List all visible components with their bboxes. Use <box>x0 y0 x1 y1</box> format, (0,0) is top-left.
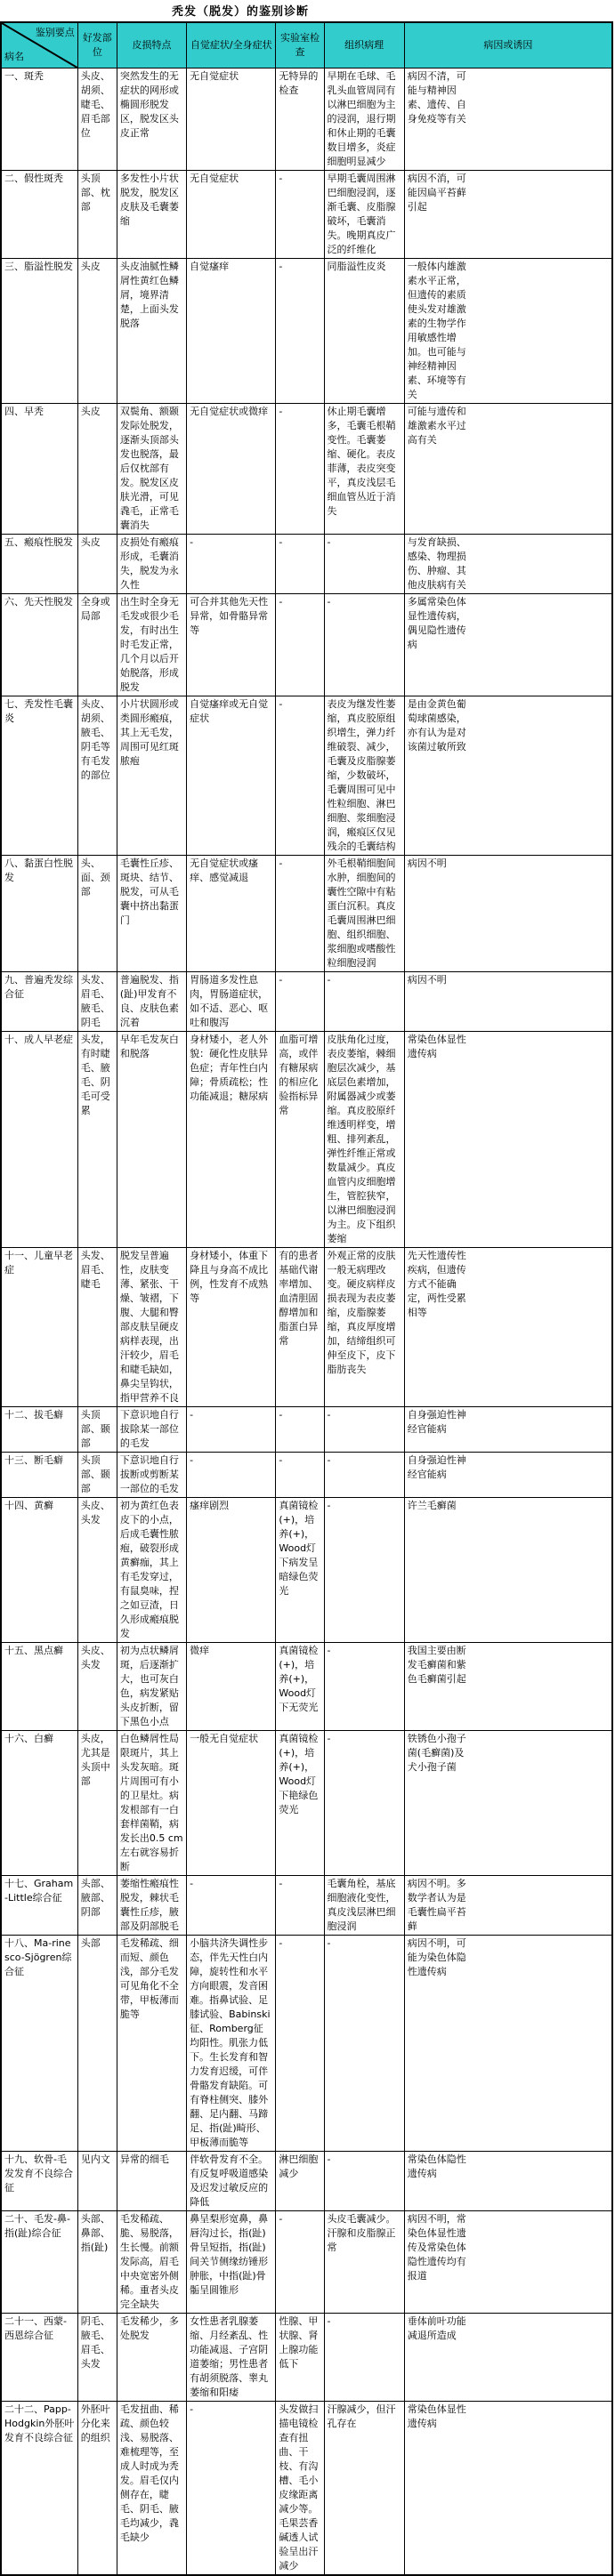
table-row: 十七、Graham-Little综合征头部、腋部、阴部萎缩性瘢痕性脱发，棘状毛囊… <box>1 1876 612 1936</box>
cell-etiology: 先天性遗传性疾病，但遗传方式不能确定，两性受累相等 <box>404 1248 612 1407</box>
cell-etiology: 病因不明 <box>404 856 612 972</box>
cell-site: 头皮 <box>77 259 117 404</box>
table-row: 十五、黑点癣头皮、头发初为点状鳞屑斑，后逐渐扩大，也可灰白色，病发紧贴头皮折断，… <box>1 1643 612 1731</box>
cell-site: 头皮 <box>77 404 117 535</box>
cell-pathology: 早期毛囊周围淋巴细胞浸润，逐渐毛囊、皮脂腺破坏，毛囊消失。晚期真皮广泛的纤维化 <box>324 171 404 259</box>
cell-site: 头皮、头发 <box>77 1498 117 1643</box>
cell-etiology: 常染色体隐性遗传病 <box>404 2152 612 2211</box>
table-row: 十九、软骨-毛发发育不良综合征见内文异常的细毛伴软骨发育不全。有反复呼吸道感染及… <box>1 2152 612 2211</box>
cell-lab: 淋巴细胞减少 <box>276 2152 324 2211</box>
cell-lesion: 下意识地自行拔断或剪断某一部位的毛发 <box>117 1453 186 1498</box>
cell-pathology: 早期在毛球、毛乳头血管周同有以淋巴细胞为主的浸润，退行期和休止期的毛囊数目增多，… <box>324 68 404 171</box>
cell-symptoms: 女性患者乳腺萎缩、月经紊乱、性功能减退、子宫阴道萎缩；男性患者有胡须脱落、睾丸萎… <box>187 2314 276 2402</box>
cell-symptoms: 自觉瘙痒或无自觉症状 <box>187 696 276 856</box>
cell-lab: - <box>276 535 324 594</box>
cell-symptoms: 身材矮小，体重下降且与身高不成比例，性发育不成熟等 <box>187 1248 276 1407</box>
cell-name: 十一、儿童早老症 <box>1 1248 77 1407</box>
cell-etiology: 病因不消，可能因扁平苔藓引起 <box>404 171 612 259</box>
cell-site: 头皮、胡须、睫毛、眉毛部位 <box>77 68 117 171</box>
table-row: 十六、白癣头皮，尤其是头顶中部白色鳞屑性局限斑片，其上头发灰暗。斑片周围可有小的… <box>1 1731 612 1876</box>
cell-name: 九、普遍秃发综合征 <box>1 972 77 1032</box>
cell-site: 头部、鼻部、指(趾) <box>77 2211 117 2314</box>
cell-pathology: - <box>324 1453 404 1498</box>
header-col-symptoms: 自觉症状/全身症状 <box>187 22 276 68</box>
header-corner-bottom-label: 病名 <box>4 50 24 64</box>
table-body: 一、斑秃头皮、胡须、睫毛、眉毛部位突然发生的无症状的网形或椭圆形脱发区，脱发区头… <box>1 68 612 2576</box>
cell-name: 一、斑秃 <box>1 68 77 171</box>
cell-lesion: 初为黄红色表皮下的小点，后成毛囊性脓疱，破裂形成黄癣痂，其上有毛发穿过，有鼠臭味… <box>117 1498 186 1643</box>
cell-name: 二十、毛发-鼻-指(趾)综合征 <box>1 2211 77 2314</box>
cell-lab: 血脂可增高，或伴有糖尿病的相应化验指标异常 <box>276 1032 324 1248</box>
table-row: 三、脂溢性脱发头皮头皮油腻性鳞屑性黄红色鳞屑，境界清楚，上面头发脱落自觉瘙痒-同… <box>1 259 612 404</box>
cell-lesion: 皮损处有瘢痕形成，毛囊消失，脱发为永久性 <box>117 535 186 594</box>
table-row: 十八、Ma-rinesco-Sjögren综合征头部毛发稀疏、细而短、颜色浅，部… <box>1 1936 612 2152</box>
cell-site: 头、面、颈部 <box>77 856 117 972</box>
cell-pathology: - <box>324 972 404 1032</box>
cell-name: 八、黏蛋白性脱发 <box>1 856 77 972</box>
cell-etiology: 病因不明，常染色体显性遗传及常染色体隐性遗传均有报道 <box>404 2211 612 2314</box>
cell-etiology: 病因不明，可能为染色体隐性遗传病 <box>404 1936 612 2152</box>
cell-symptoms: 身材矮小，老人外貌：硬化性皮肤异色症；青年性白内障；骨质疏松；性功能减退；糖尿病 <box>187 1032 276 1248</box>
cell-lesion: 异常的细毛 <box>117 2152 186 2211</box>
table-row: 十二、拔毛癖头顶部、颞部下意识地自行拔除某一部位的毛发---自身强迫性神经官能病 <box>1 1407 612 1453</box>
cell-pathology: - <box>324 1407 404 1453</box>
cell-pathology: 皮肤角化过度，表皮萎缩，棘细胞层次减少，基底层色素增加，附属器减少或萎缩。真皮胶… <box>324 1032 404 1248</box>
table-row: 十三、断毛癖头顶部、颞部下意识地自行拔断或剪断某一部位的毛发---自身强迫性神经… <box>1 1453 612 1498</box>
cell-name: 十二、拔毛癖 <box>1 1407 77 1453</box>
cell-name: 十六、白癣 <box>1 1731 77 1876</box>
cell-symptoms: 无自觉症状 <box>187 171 276 259</box>
cell-pathology: 表皮为继发性萎缩，真皮胶原组织增生，弹力纤维破裂、减少，毛囊及皮脂腺萎缩，少数破… <box>324 696 404 856</box>
cell-site: 头顶部、枕部 <box>77 171 117 259</box>
cell-symptoms: - <box>187 1876 276 1936</box>
cell-lesion: 普遍脱发、指(趾)甲发育不良、皮肤色素沉着 <box>117 972 186 1032</box>
cell-symptoms: - <box>187 1407 276 1453</box>
table-row: 六、先天性脱发全身或局部出生时全身无毛发或很少毛发，有时出生时毛发正常，几个月以… <box>1 594 612 696</box>
cell-etiology: 铁锈色小孢子菌(毛癣菌)及犬小孢子菌 <box>404 1731 612 1876</box>
cell-pathology: 同脂溢性皮炎 <box>324 259 404 404</box>
cell-lab: - <box>276 259 324 404</box>
cell-lab: 头发做扫描电镜检查有扭曲、干枝、有沟槽、毛小皮缘距离减少等。毛果芸香碱透人试验呈… <box>276 2402 324 2576</box>
table-row: 九、普遍秃发综合征头发、眉毛、腋毛、阴毛普遍脱发、指(趾)甲发育不良、皮肤色素沉… <box>1 972 612 1032</box>
cell-pathology: 毛囊角栓，基底细胞液化变性，真皮浅层淋巴细胞浸润 <box>324 1876 404 1936</box>
cell-name: 十三、断毛癖 <box>1 1453 77 1498</box>
cell-symptoms: 无自觉症状或瘙痒、感觉减退 <box>187 856 276 972</box>
header-corner-cell: 鉴别要点 病名 <box>1 22 77 68</box>
header-row: 鉴别要点 病名 好发部位 皮损特点 自觉症状/全身症状 实验室检查 组织病理 病… <box>1 22 612 68</box>
cell-symptoms: 胃肠道多发性息肉，胃肠道症状，如不适、恶心、呕吐和腹泻 <box>187 972 276 1032</box>
cell-symptoms: 小脑共济失调性步态，伴先天性白内障，旋转性和水平方向眼震，发音困难。指鼻试验、足… <box>187 1936 276 2152</box>
cell-pathology: - <box>324 2152 404 2211</box>
cell-lab: - <box>276 696 324 856</box>
cell-lesion: 早年毛发灰白和脱落 <box>117 1032 186 1248</box>
cell-name: 四、早秃 <box>1 404 77 535</box>
cell-etiology: 病因不明。多数学者认为是毛囊性扁平苔藓 <box>404 1876 612 1936</box>
cell-name: 十五、黑点癣 <box>1 1643 77 1731</box>
cell-pathology: 头皮毛囊减少。汗腺和皮脂腺正常 <box>324 2211 404 2314</box>
cell-lab: - <box>276 856 324 972</box>
cell-lab: - <box>276 2211 324 2314</box>
cell-lesion: 毛发扭曲、稀疏、颜色较浅、易脱落、难梳理等，至成人时成为秃发。眉毛仅内侧存在，睫… <box>117 2402 186 2576</box>
table-row: 二十二、Papp-Hodgkin外胚叶发育不良综合征外胚叶分化来的组织毛发扭曲、… <box>1 2402 612 2576</box>
table-row: 四、早秃头皮双鬓角、额颞发际处脱发，逐渐头顶部头发也脱落，最后仅枕部有发。脱发区… <box>1 404 612 535</box>
cell-name: 十九、软骨-毛发发育不良综合征 <box>1 2152 77 2211</box>
cell-pathology: - <box>324 594 404 696</box>
cell-lab: 有的患者基础代谢率增加、血清胆固醇增加和脂蛋白异常 <box>276 1248 324 1407</box>
cell-site: 头皮、头发 <box>77 1643 117 1731</box>
page-title: 秃发（脱发）的鉴别诊断 <box>172 5 309 19</box>
cell-etiology: 病因不明 <box>404 972 612 1032</box>
table-row: 二、假性斑秃头顶部、枕部多发性小片状脱发，脱发区皮肤及毛囊萎缩无自觉症状-早期毛… <box>1 171 612 259</box>
cell-symptoms: 鼻呈梨形宽鼻，鼻唇沟过长，指(趾)骨呈短指，指(趾)间关节侧缘纺锤形肿胀，中指(… <box>187 2211 276 2314</box>
table-row: 五、瘢痕性脱发头皮皮损处有瘢痕形成，毛囊消失，脱发为永久性---与发育缺损、感染… <box>1 535 612 594</box>
header-corner-top-label: 鉴别要点 <box>36 26 75 40</box>
table-row: 二十一、西蒙-西恩综合征阴毛、腋毛、眉毛、头发毛发稀少，多处脱发女性患者乳腺萎缩… <box>1 2314 612 2402</box>
cell-lesion: 出生时全身无毛发或很少毛发，有时出生时毛发正常，几个月以后开始脱落，形成脱发 <box>117 594 186 696</box>
cell-name: 六、先天性脱发 <box>1 594 77 696</box>
cell-lesion: 头皮油腻性鳞屑性黄红色鳞屑，境界清楚，上面头发脱落 <box>117 259 186 404</box>
cell-lesion: 多发性小片状脱发，脱发区皮肤及毛囊萎缩 <box>117 171 186 259</box>
cell-site: 头发、眉毛、睫毛 <box>77 1248 117 1407</box>
cell-site: 头顶部、颞部 <box>77 1453 117 1498</box>
cell-lab: - <box>276 171 324 259</box>
cell-name: 三、脂溢性脱发 <box>1 259 77 404</box>
cell-pathology: - <box>324 1731 404 1876</box>
cell-site: 见内文 <box>77 2152 117 2211</box>
cell-symptoms: 瘙痒剧烈 <box>187 1498 276 1643</box>
cell-pathology: 休止期毛囊增多，毛囊毛根鞘变性。毛囊萎缩、硬化。表皮菲薄，表皮突变平，真皮浅层毛… <box>324 404 404 535</box>
cell-etiology: 垂体前叶功能减退所造成 <box>404 2314 612 2402</box>
cell-lesion: 毛发稀疏、细而短、颜色浅，部分毛发可见角化不全带，甲板薄而脆等 <box>117 1936 186 2152</box>
cell-lab: - <box>276 1876 324 1936</box>
cell-site: 头发，有时睫毛、腋毛、阴毛可受累 <box>77 1032 117 1248</box>
header-col-site: 好发部位 <box>77 22 117 68</box>
cell-name: 二十二、Papp-Hodgkin外胚叶发育不良综合征 <box>1 2402 77 2576</box>
cell-etiology: 一般体内雄激素水平正常，但遗传的素质使头发对雄激素的生物学作用敏感性增加。也可能… <box>404 259 612 404</box>
cell-lesion: 初为点状鳞屑斑，后逐渐扩大，也可灰白色，病发紧贴头皮折断，留下黑色小点 <box>117 1643 186 1731</box>
cell-etiology: 自身强迫性神经官能病 <box>404 1407 612 1453</box>
cell-symptoms: 无自觉症状 <box>187 68 276 171</box>
cell-etiology: 常染色体显性遗传病 <box>404 1032 612 1248</box>
cell-site: 头部 <box>77 1936 117 2152</box>
cell-etiology: 许兰毛癣菌 <box>404 1498 612 1643</box>
table-row: 八、黏蛋白性脱发头、面、颈部毛囊性丘疹、斑块、结节、脱发，可从毛囊中挤出黏蛋门无… <box>1 856 612 972</box>
cell-etiology: 自身强迫性神经官能病 <box>404 1453 612 1498</box>
cell-lab: - <box>276 404 324 535</box>
cell-lesion: 突然发生的无症状的网形或椭圆形脱发区，脱发区头皮正常 <box>117 68 186 171</box>
cell-lesion: 小片状圆形或类圆形瘢痕，其上无毛发，周围可见红斑脓疱 <box>117 696 186 856</box>
cell-name: 十七、Graham-Little综合征 <box>1 1876 77 1936</box>
cell-site: 全身或局部 <box>77 594 117 696</box>
cell-site: 头皮，尤其是头顶中部 <box>77 1731 117 1876</box>
differential-diagnosis-table: 鉴别要点 病名 好发部位 皮损特点 自觉症状/全身症状 实验室检查 组织病理 病… <box>0 21 613 2576</box>
cell-symptoms: - <box>187 1453 276 1498</box>
cell-symptoms: - <box>187 2402 276 2576</box>
cell-site: 头皮、胡须、腋毛、阴毛等有毛发的部位 <box>77 696 117 856</box>
cell-lesion: 毛囊性丘疹、斑块、结节、脱发，可从毛囊中挤出黏蛋门 <box>117 856 186 972</box>
cell-site: 外胚叶分化来的组织 <box>77 2402 117 2576</box>
cell-lab: - <box>276 1453 324 1498</box>
table-row: 十一、儿童早老症头发、眉毛、睫毛脱发呈普遍性，皮肤变薄、紧张、干燥、皱褶，下腹、… <box>1 1248 612 1407</box>
cell-lab: - <box>276 594 324 696</box>
cell-pathology: - <box>324 2314 404 2402</box>
cell-site: 阴毛、腋毛、眉毛、头发 <box>77 2314 117 2402</box>
cell-lab: 性腺、甲状腺、肾上腺功能低下 <box>276 2314 324 2402</box>
cell-pathology: 汗腺减少，但汗孔存在 <box>324 2402 404 2576</box>
cell-lab: 无特异的检查 <box>276 68 324 171</box>
title-container: 秃发（脱发）的鉴别诊断 <box>0 0 481 21</box>
cell-symptoms: 自觉瘙痒 <box>187 259 276 404</box>
cell-lab: 真菌镜检(+)，培养(+)，Wood灯下艳绿色荧光 <box>276 1731 324 1876</box>
cell-lesion: 双鬓角、额颞发际处脱发，逐渐头顶部头发也脱落，最后仅枕部有发。脱发区皮肤光滑，可… <box>117 404 186 535</box>
cell-symptoms: 一般无自觉症状 <box>187 1731 276 1876</box>
cell-lesion: 白色鳞屑性局限斑片，其上头发灰暗。斑片周围可有小的卫星灶。病发根部有一白套样菌鞘… <box>117 1731 186 1876</box>
cell-lesion: 脱发呈普遍性，皮肤变薄、紧张、干燥、皱褶，下腹、大腿和臀部皮肤呈硬皮病样表现，出… <box>117 1248 186 1407</box>
cell-lab: - <box>276 1936 324 2152</box>
cell-etiology: 与发育缺损、感染、物理损伤、肿瘤、其他皮肤病有关 <box>404 535 612 594</box>
cell-site: 头发、眉毛、腋毛、阴毛 <box>77 972 117 1032</box>
cell-name: 十、成人早老症 <box>1 1032 77 1248</box>
cell-pathology: - <box>324 1498 404 1643</box>
table-row: 十、成人早老症头发，有时睫毛、腋毛、阴毛可受累早年毛发灰白和脱落身材矮小，老人外… <box>1 1032 612 1248</box>
cell-site: 头部、腋部、阴部 <box>77 1876 117 1936</box>
cell-pathology: 外毛根鞘细胞间水肿，细胞间的囊性空隙中有粘蛋白沉积。真皮毛囊周围淋巴细胞、组织细… <box>324 856 404 972</box>
cell-symptoms: 无自觉症状或微痒 <box>187 404 276 535</box>
cell-symptoms: 可合并其他先天性异常，如骨骼异常等 <box>187 594 276 696</box>
cell-etiology: 病因不清，可能与精神因素、遗传、自身免疫等有关 <box>404 68 612 171</box>
table-row: 二十、毛发-鼻-指(趾)综合征头部、鼻部、指(趾)毛发稀疏、脆、易脱落，生长慢。… <box>1 2211 612 2314</box>
cell-symptoms: 伴软骨发育不全。有反复呼吸道感染及迟发过敏反应的降低 <box>187 2152 276 2211</box>
cell-name: 五、瘢痕性脱发 <box>1 535 77 594</box>
cell-lesion: 下意识地自行拔除某一部位的毛发 <box>117 1407 186 1453</box>
cell-lab: 真菌镜检(+)，培养(+)，Wood灯下无荧光 <box>276 1643 324 1731</box>
cell-symptoms: 微痒 <box>187 1643 276 1731</box>
cell-name: 十四、黄癣 <box>1 1498 77 1643</box>
header-col-lab: 实验室检查 <box>276 22 324 68</box>
table-row: 七、秃发性毛囊炎头皮、胡须、腋毛、阴毛等有毛发的部位小片状圆形或类圆形瘢痕，其上… <box>1 696 612 856</box>
cell-lab: 真菌镜检(+)，培养(+)，Wood灯下病发呈暗绿色荧光 <box>276 1498 324 1643</box>
table-row: 一、斑秃头皮、胡须、睫毛、眉毛部位突然发生的无症状的网形或椭圆形脱发区，脱发区头… <box>1 68 612 171</box>
cell-site: 头顶部、颞部 <box>77 1407 117 1453</box>
header-col-pathology: 组织病理 <box>324 22 404 68</box>
cell-pathology: 外观正常的皮肤一般无病理改变。硬皮病样皮损表现为表皮萎缩，皮脂腺萎缩，真皮厚度增… <box>324 1248 404 1407</box>
cell-lesion: 毛发稀疏、脆、易脱落，生长慢。前额发际高，眉毛中央宽密外侧稀。重者头皮完全缺失 <box>117 2211 186 2314</box>
cell-pathology: - <box>324 1643 404 1731</box>
cell-lesion: 毛发稀少，多处脱发 <box>117 2314 186 2402</box>
cell-name: 十八、Ma-rinesco-Sjögren综合征 <box>1 1936 77 2152</box>
cell-lesion: 萎缩性瘢痕性脱发，棘状毛囊性丘疹，腋部及阴部脱毛 <box>117 1876 186 1936</box>
cell-lab: - <box>276 1407 324 1453</box>
header-col-lesion: 皮损特点 <box>117 22 186 68</box>
cell-symptoms: - <box>187 535 276 594</box>
cell-etiology: 我国主要由断发毛癣菌和紫色毛癣菌引起 <box>404 1643 612 1731</box>
cell-etiology: 多属常染色体显性遗传病，偶见隐性遗传病 <box>404 594 612 696</box>
cell-etiology: 可能与遗传和雄激素水平过高有关 <box>404 404 612 535</box>
cell-lab: - <box>276 972 324 1032</box>
cell-pathology: - <box>324 1936 404 2152</box>
page: 秃发（脱发）的鉴别诊断 鉴别要点 病名 好发部位 皮损特点 <box>0 0 615 2576</box>
cell-pathology: - <box>324 535 404 594</box>
cell-etiology: 常染色体显性遗传病 <box>404 2402 612 2576</box>
cell-name: 七、秃发性毛囊炎 <box>1 696 77 856</box>
cell-name: 二十一、西蒙-西恩综合征 <box>1 2314 77 2402</box>
cell-name: 二、假性斑秃 <box>1 171 77 259</box>
cell-etiology: 是由金黄色葡萄球菌感染，亦有认为是对该菌过敏所致 <box>404 696 612 856</box>
cell-site: 头皮 <box>77 535 117 594</box>
table-row: 十四、黄癣头皮、头发初为黄红色表皮下的小点，后成毛囊性脓疱，破裂形成黄癣痂，其上… <box>1 1498 612 1643</box>
header-col-etiology: 病因或诱因 <box>404 22 612 68</box>
